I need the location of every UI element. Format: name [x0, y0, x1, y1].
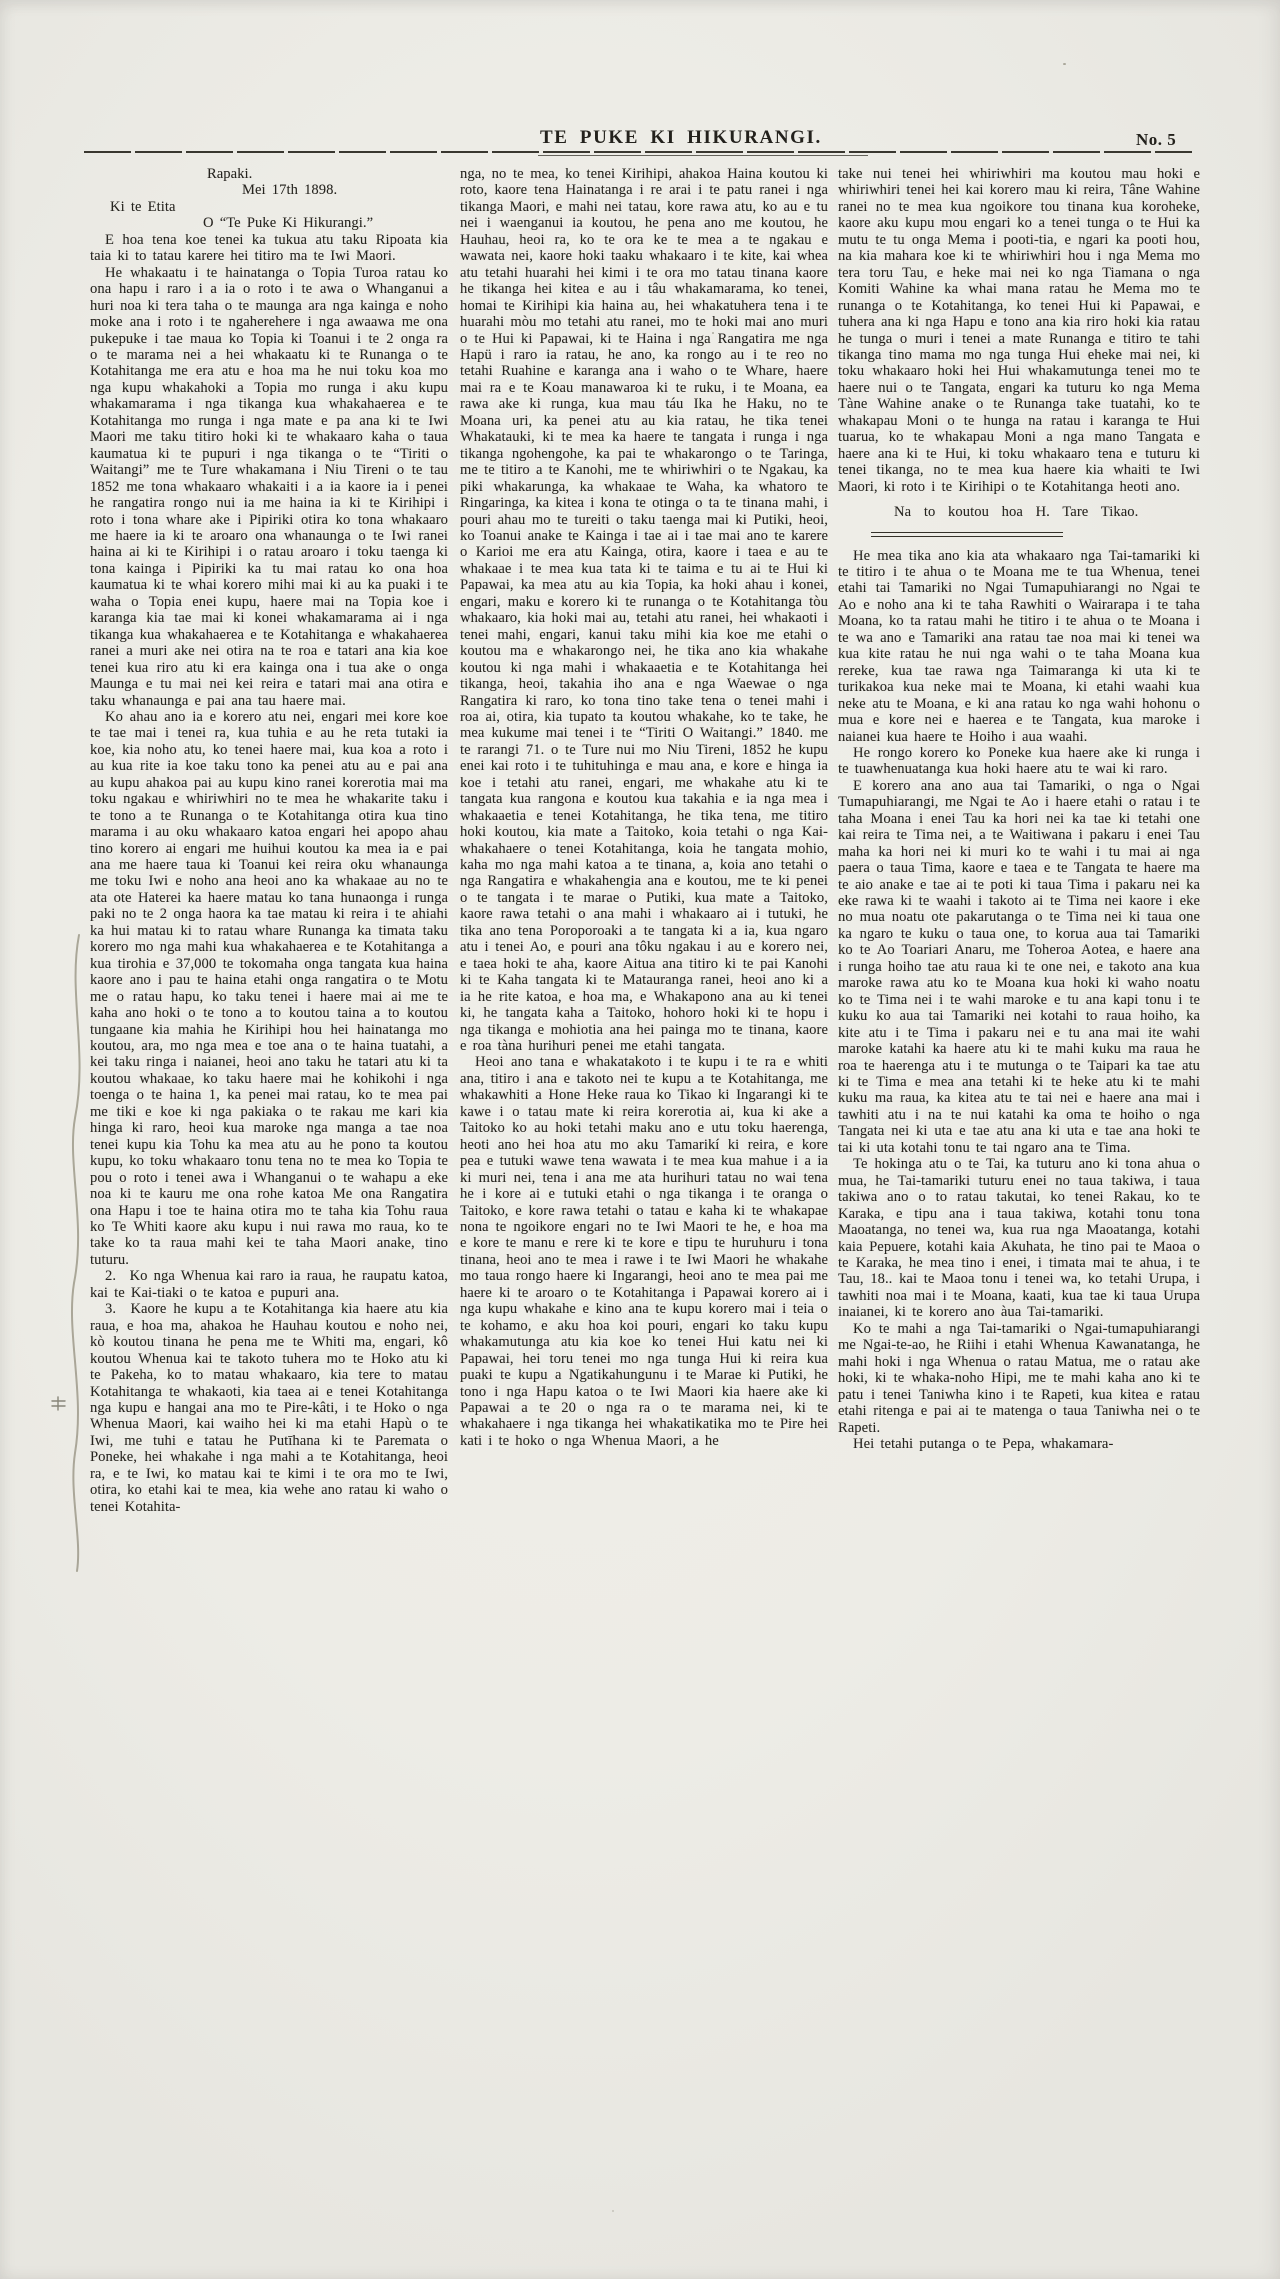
paragraph: He rongo korero ko Poneke kua haere ake … — [838, 745, 1200, 778]
salutation: Ki te Etita — [90, 199, 448, 215]
issue-number: No. 5 — [1136, 130, 1176, 150]
dateline-place: Rapaki. — [90, 166, 448, 182]
newspaper-page: TE PUKE KI HIKURANGI. No. 5 Rapaki. Mei … — [0, 0, 1280, 2279]
paragraph: He whakaatu i te hainatanga o Topia Turo… — [90, 265, 448, 709]
column-2: nga, no te mea, ko tenei Kirihipi, ahako… — [460, 166, 828, 2132]
masthead-rule-secondary — [538, 155, 868, 156]
paragraph: 2. Ko nga Whenua kai raro ia raua, he ra… — [90, 1268, 448, 1301]
masthead-title: TE PUKE KI HIKURANGI. — [540, 127, 822, 149]
section-divider-rule — [871, 532, 1063, 537]
ink-cross-mark — [50, 1396, 68, 1412]
addressee: O “Te Puke Ki Hikurangi.” — [90, 215, 448, 231]
paragraph: He mea tika ano kia ata whakaaro nga Tai… — [838, 548, 1200, 745]
ink-squiggle-mark — [64, 933, 92, 1573]
signature-line: Na to koutou hoa H. Tare Tikao. — [838, 504, 1200, 520]
paper-speck — [712, 332, 714, 334]
paper-speck — [1063, 63, 1066, 65]
column-1: Rapaki. Mei 17th 1898. Ki te Etita O “Te… — [90, 166, 448, 2132]
masthead-rule — [84, 151, 1192, 153]
paragraph: take nui tenei hei whiriwhiri ma koutou … — [838, 166, 1200, 495]
paragraph: Heoi ano tana e whakatakoto i te kupu i … — [460, 1054, 828, 1449]
paragraph: E hoa tena koe tenei ka tukua atu taku R… — [90, 232, 448, 265]
paragraph: Hei tetahi putanga o te Pepa, whakamara- — [838, 1436, 1200, 1452]
paragraph: Te hokinga atu o te Tai, ka tuturu ano k… — [838, 1156, 1200, 1321]
paragraph: Ko te mahi a nga Tai-tamariki o Ngai-tum… — [838, 1321, 1200, 1436]
paragraph: nga, no te mea, ko tenei Kirihipi, ahako… — [460, 166, 828, 1054]
paragraph: Ko ahau ano ia e korero atu nei, engari … — [90, 709, 448, 1268]
dateline-date: Mei 17th 1898. — [90, 182, 448, 198]
paragraph: 3. Kaore he kupu a te Kotahitanga kia ha… — [90, 1301, 448, 1515]
paper-speck — [612, 2210, 614, 2212]
paragraph: E korero ana ano aua tai Tamariki, o nga… — [838, 778, 1200, 1156]
column-3: take nui tenei hei whiriwhiri ma koutou … — [838, 166, 1200, 2132]
